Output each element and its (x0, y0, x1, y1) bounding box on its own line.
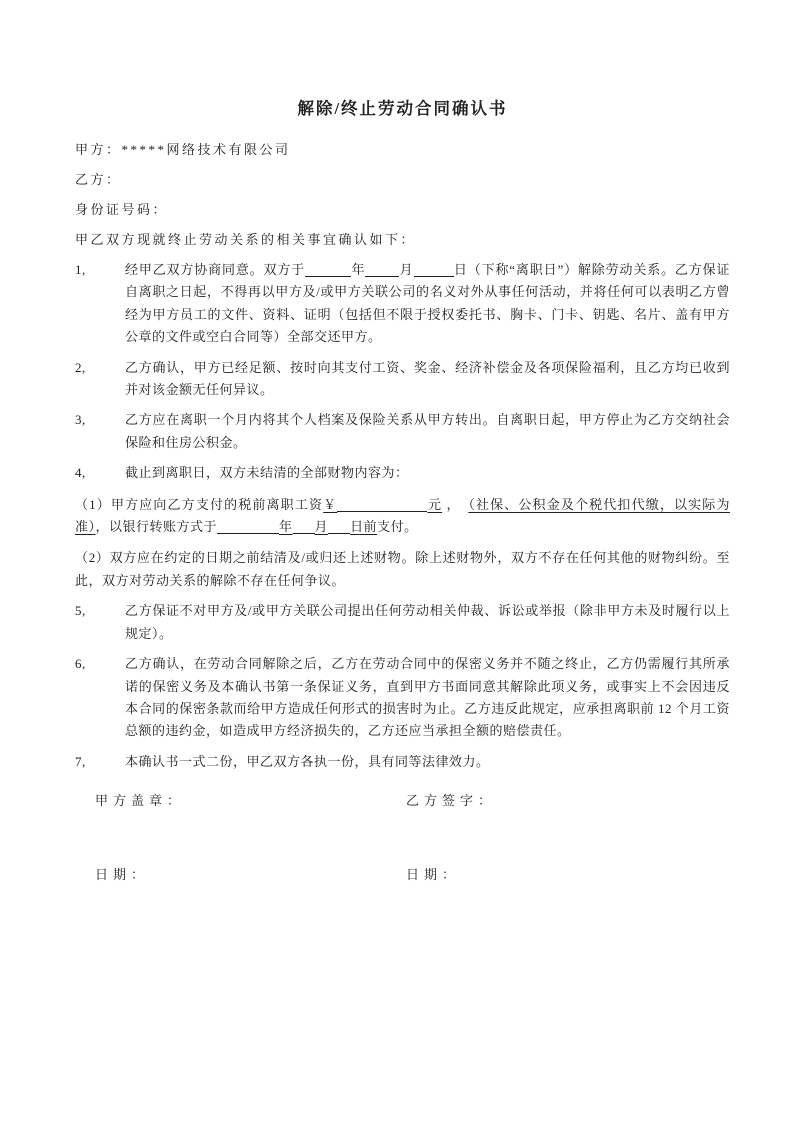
clause-item: 5,乙方保证不对甲方及/或甲方关联公司提出任何劳动相关仲裁、诉讼或举报（除非甲方… (75, 600, 730, 645)
party-b-sign-label: 乙方签字： (406, 790, 496, 812)
clauses-list: 1,经甲乙双方协商同意。双方于年月日（下称“离职日”）解除劳动关系。乙方保证自离… (75, 259, 730, 773)
text-segment: 乙方应在离职一个月内将其个人档案及保险关系从甲方转出。自离职日起，甲方停止为乙方… (125, 412, 730, 449)
text-segment: 月 (315, 519, 329, 534)
clause-number: 5, (75, 600, 125, 645)
text-segment: 乙方确认，甲方已经足额、按时向其支付工资、奖金、经济补偿金及各项保险福利，且乙方… (125, 360, 730, 397)
text-segment: 截止到离职日，双方未结清的全部财物内容为： (125, 465, 409, 480)
clause-number: 4, (75, 462, 125, 484)
blank-field (328, 520, 350, 534)
clause-text: 经甲乙双方协商同意。双方于年月日（下称“离职日”）解除劳动关系。乙方保证自离职之… (125, 259, 730, 349)
text-segment: 月 (399, 262, 413, 277)
blank-field (293, 520, 315, 534)
clause-item: 7,本确认书一式二份，甲乙双方各执一份，具有同等法律效力。 (75, 751, 730, 773)
text-segment: （1）甲方应向乙方支付的税前离职工资 (75, 497, 323, 512)
signature-row: 甲方盖章： 乙方签字： (75, 790, 730, 812)
clause-sub-item: （1）甲方应向乙方支付的税前离职工资￥元 ， （社保、公积金及个税代扣代缴，以实… (75, 494, 730, 539)
text-segment: 本确认书一式二份，甲乙双方各执一份，具有同等法律效力。 (125, 754, 490, 769)
text-segment: 日前 (350, 519, 377, 534)
clause-item: 3,乙方应在离职一个月内将其个人档案及保险关系从甲方转出。自离职日起，甲方停止为… (75, 409, 730, 454)
clause-number: 3, (75, 409, 125, 454)
clause-item: 4,截止到离职日，双方未结清的全部财物内容为： (75, 462, 730, 484)
clause-number: 7, (75, 751, 125, 773)
party-a-seal-label: 甲方盖章： (95, 790, 406, 812)
text-segment: 乙方保证不对甲方及/或甲方关联公司提出任何劳动相关仲裁、诉讼或举报（除非甲方未及… (125, 603, 730, 640)
date-b-label: 日期： (406, 864, 460, 886)
clause-item: 2,乙方确认，甲方已经足额、按时向其支付工资、奖金、经济补偿金及各项保险福利，且… (75, 357, 730, 402)
clause-number: 6, (75, 653, 125, 743)
blank-field (305, 263, 351, 277)
text-segment: 支付。 (377, 519, 418, 534)
text-segment: 元 (427, 497, 442, 512)
text-segment: 乙方确认，在劳动合同解除之后，乙方在劳动合同中的保密义务并不随之终止，乙方仍需履… (125, 656, 730, 738)
clause-number: 1, (75, 259, 125, 349)
date-a-label: 日期： (95, 864, 406, 886)
blank-field (217, 520, 279, 534)
document-page: 解除/终止劳动合同确认书 甲方：*****网络技术有限公司 乙方： 身份证号码：… (0, 0, 794, 1123)
clause-text: 截止到离职日，双方未结清的全部财物内容为： (125, 462, 730, 484)
clause-item: 1,经甲乙双方协商同意。双方于年月日（下称“离职日”）解除劳动关系。乙方保证自离… (75, 259, 730, 349)
clause-text: 乙方确认，甲方已经足额、按时向其支付工资、奖金、经济补偿金及各项保险福利，且乙方… (125, 357, 730, 402)
party-b-line: 乙方： (75, 169, 730, 191)
document-title: 解除/终止劳动合同确认书 (75, 97, 730, 121)
clause-text: 乙方保证不对甲方及/或甲方关联公司提出任何劳动相关仲裁、诉讼或举报（除非甲方未及… (125, 600, 730, 645)
clause-item: 6,乙方确认，在劳动合同解除之后，乙方在劳动合同中的保密义务并不随之终止，乙方仍… (75, 653, 730, 743)
text-segment: 年 (351, 262, 365, 277)
text-segment: ， (442, 497, 468, 512)
blank-field (365, 263, 399, 277)
clause-text: 乙方确认，在劳动合同解除之后，乙方在劳动合同中的保密义务并不随之终止，乙方仍需履… (125, 653, 730, 743)
blank-field (337, 498, 427, 512)
blank-field (414, 263, 454, 277)
intro-line: 甲乙双方现就终止劳动关系的相关事宜确认如下： (75, 229, 730, 251)
text-segment: 年 (279, 519, 293, 534)
clause-text: 乙方应在离职一个月内将其个人档案及保险关系从甲方转出。自离职日起，甲方停止为乙方… (125, 409, 730, 454)
text-segment: 经甲乙双方协商同意。双方于 (125, 262, 305, 277)
text-segment: ￥ (323, 497, 337, 512)
clause-text: 本确认书一式二份，甲乙双方各执一份，具有同等法律效力。 (125, 751, 730, 773)
id-number-line: 身份证号码： (75, 199, 730, 221)
clause-sub-item: （2）双方应在约定的日期之前结清及/或归还上述财物。除上述财物外，双方不存在任何… (75, 547, 730, 592)
party-a-line: 甲方：*****网络技术有限公司 (75, 139, 730, 161)
clause-number: 2, (75, 357, 125, 402)
text-segment: （2）双方应在约定的日期之前结清及/或归还上述财物。除上述财物外，双方不存在任何… (75, 550, 730, 587)
date-row: 日期： 日期： (75, 864, 730, 886)
text-segment: ，以银行转账方式于 (96, 519, 218, 534)
